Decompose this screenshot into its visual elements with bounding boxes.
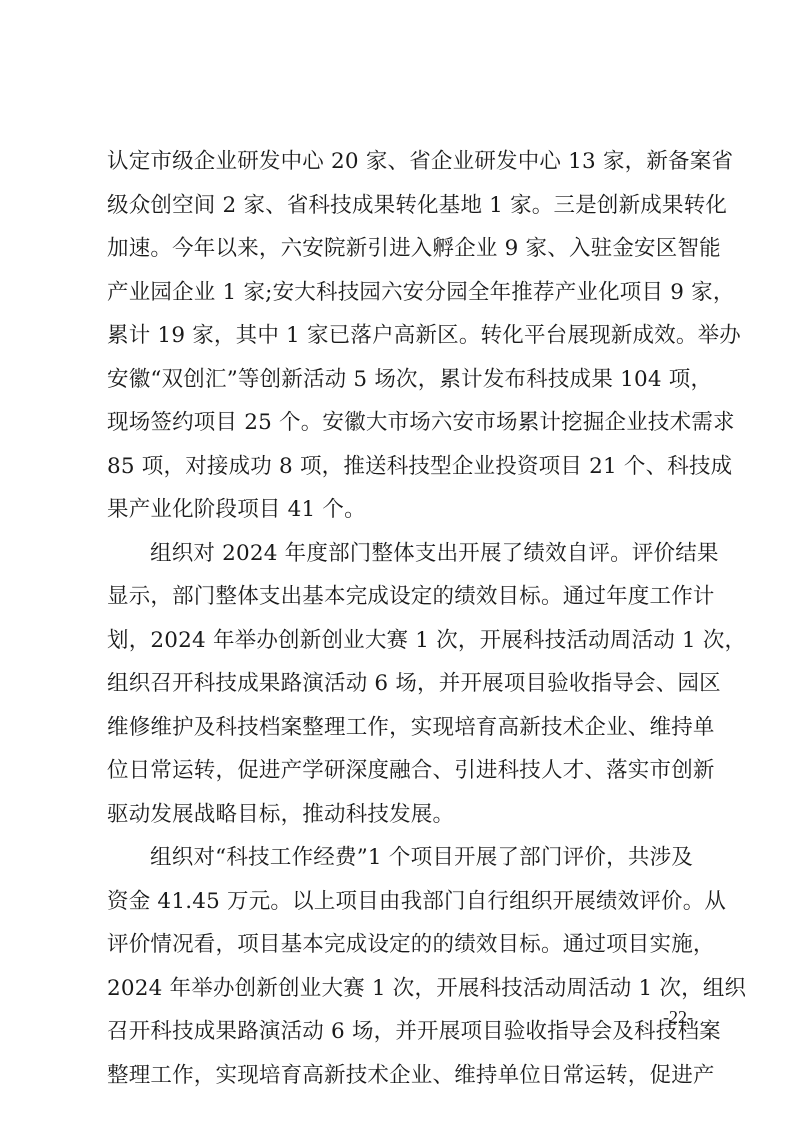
text-line: 召开科技成果路演活动 6 场，并开展项目验收指导会及科技档案 <box>107 1010 693 1054</box>
paragraph-3: 组织对“科技工作经费”1 个项目开展了部门评价，共涉及 资金 41.45 万元。… <box>107 836 693 1097</box>
text-line: 加速。今年以来，六安院新引进入孵企业 9 家、入驻金安区智能 <box>107 227 693 271</box>
text-line: 安徽“双创汇”等创新活动 5 场次，累计发布科技成果 104 项， <box>107 358 693 402</box>
text-line: 果产业化阶段项目 41 个。 <box>107 488 693 532</box>
text-line: 资金 41.45 万元。以上项目由我部门自行组织开展绩效评价。从 <box>107 880 693 924</box>
text-line: 组织召开科技成果路演活动 6 场，并开展项目验收指导会、园区 <box>107 662 693 706</box>
text-line: 整理工作，实现培育高新技术企业、维持单位日常运转，促进产 <box>107 1054 693 1098</box>
text-line: 现场签约项目 25 个。安徽大市场六安市场累计挖掘企业技术需求 <box>107 401 693 445</box>
text-line: 组织对 2024 年度部门整体支出开展了绩效自评。评价结果 <box>107 532 693 576</box>
text-line: 产业园企业 1 家;安大科技园六安分园全年推荐产业化项目 9 家， <box>107 271 693 315</box>
text-line: 组织对“科技工作经费”1 个项目开展了部门评价，共涉及 <box>107 836 693 880</box>
text-line: 认定市级企业研发中心 20 家、省企业研发中心 13 家，新备案省 <box>107 140 693 184</box>
text-line: 2024 年举办创新创业大赛 1 次，开展科技活动周活动 1 次，组织 <box>107 967 693 1011</box>
text-line: 维修维护及科技档案整理工作，实现培育高新技术企业、维持单 <box>107 706 693 750</box>
text-line: 级众创空间 2 家、省科技成果转化基地 1 家。三是创新成果转化 <box>107 184 693 228</box>
page-number: -22- <box>663 1007 693 1028</box>
text-line: 显示，部门整体支出基本完成设定的绩效目标。通过年度工作计 <box>107 575 693 619</box>
text-line: 评价情况看，项目基本完成设定的的绩效目标。通过项目实施， <box>107 923 693 967</box>
paragraph-1: 认定市级企业研发中心 20 家、省企业研发中心 13 家，新备案省 级众创空间 … <box>107 140 693 532</box>
text-line: 位日常运转，促进产学研深度融合、引进科技人才、落实市创新 <box>107 749 693 793</box>
text-line: 累计 19 家，其中 1 家已落户高新区。转化平台展现新成效。举办 <box>107 314 693 358</box>
document-page: 认定市级企业研发中心 20 家、省企业研发中心 13 家，新备案省 级众创空间 … <box>107 140 693 1097</box>
text-line: 驱动发展战略目标，推动科技发展。 <box>107 793 693 837</box>
text-line: 85 项，对接成功 8 项，推送科技型企业投资项目 21 个、科技成 <box>107 445 693 489</box>
paragraph-2: 组织对 2024 年度部门整体支出开展了绩效自评。评价结果 显示，部门整体支出基… <box>107 532 693 837</box>
text-line: 划，2024 年举办创新创业大赛 1 次，开展科技活动周活动 1 次， <box>107 619 693 663</box>
